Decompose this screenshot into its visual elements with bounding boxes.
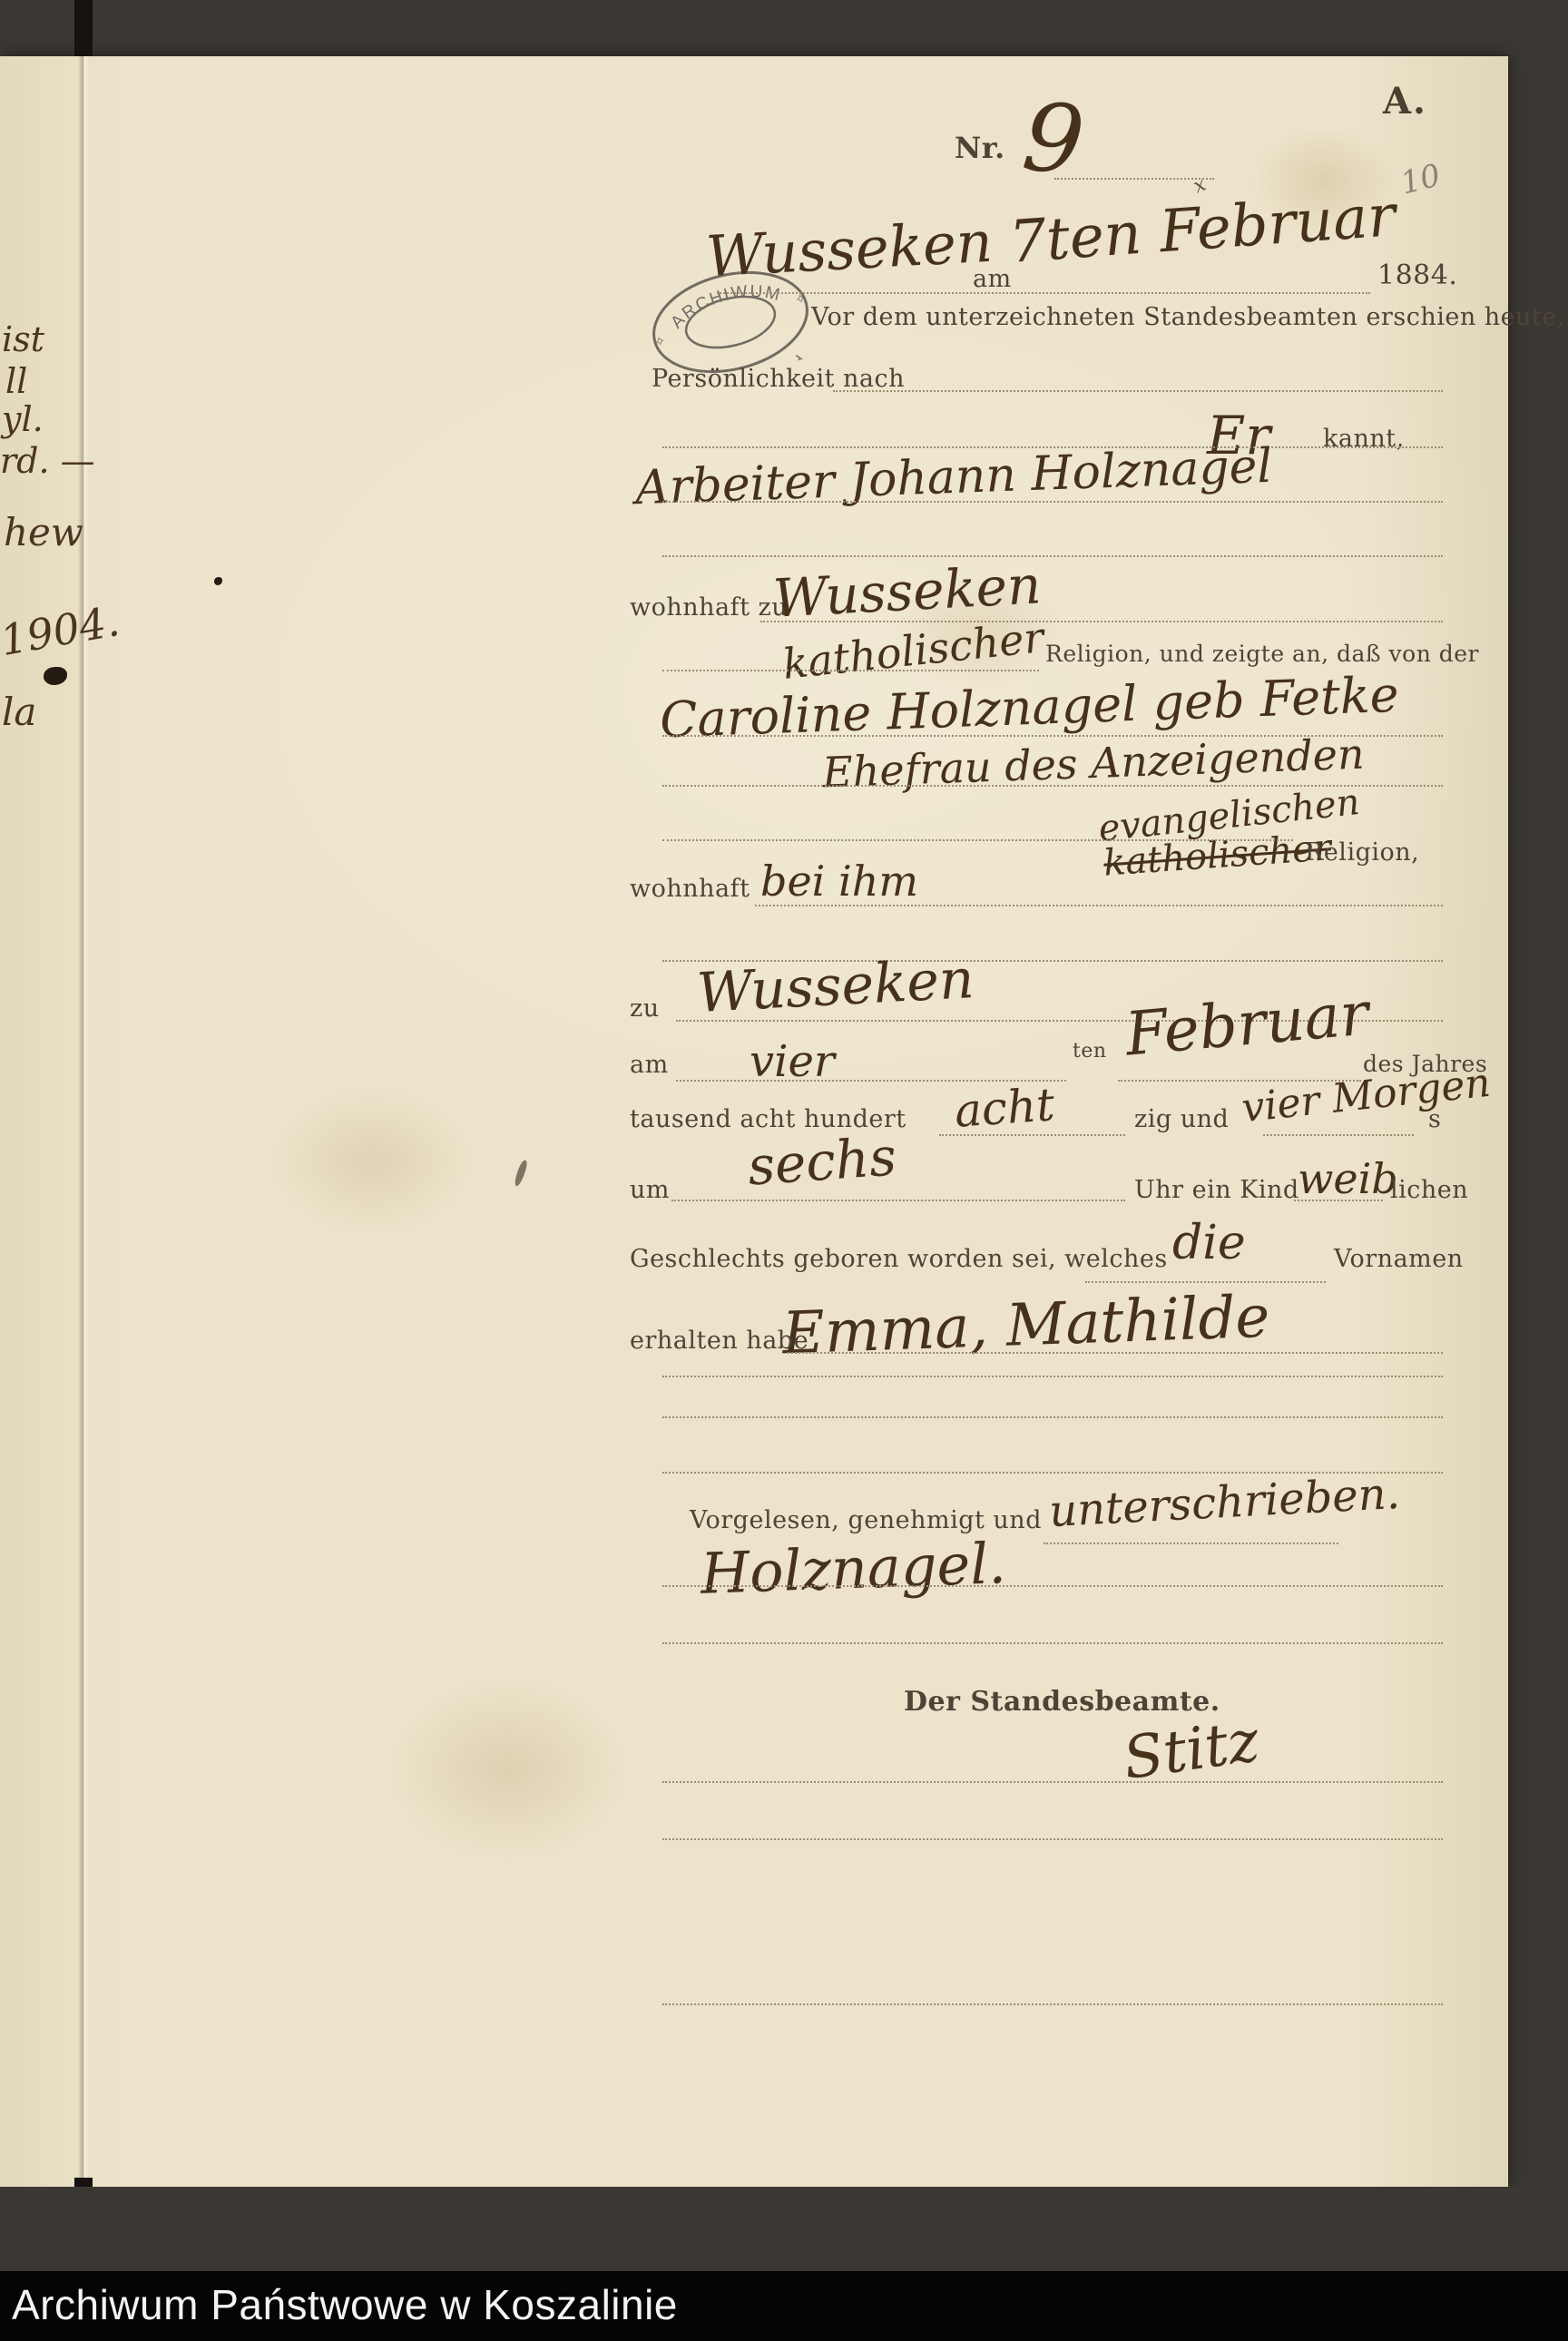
dotted-line bbox=[939, 1134, 1125, 1136]
dotted-line bbox=[662, 839, 1293, 841]
wohnhaft-label: wohnhaft bbox=[630, 875, 750, 903]
dotted-line bbox=[833, 390, 1443, 392]
form-line1: Vor dem unterzeichneten Standesbeamten e… bbox=[811, 303, 1568, 331]
erhalten-print: erhalten habe bbox=[630, 1327, 808, 1355]
margin-fragment: rd. — bbox=[0, 441, 95, 481]
dotted-line bbox=[1263, 1134, 1414, 1136]
geschlechts-print: Geschlechts geboren worden sei, welches bbox=[630, 1245, 1168, 1273]
am-label2: am bbox=[630, 1051, 669, 1079]
dotted-line bbox=[717, 292, 1370, 294]
dotted-line bbox=[760, 621, 1443, 622]
binding-crease bbox=[78, 56, 89, 2187]
dotted-line bbox=[662, 2003, 1443, 2005]
dotted-line bbox=[662, 555, 1443, 557]
gender-hand: weib bbox=[1298, 1154, 1398, 1203]
dotted-line bbox=[1054, 178, 1214, 180]
dotted-line bbox=[662, 1416, 1443, 1418]
lichen-print: lichen bbox=[1390, 1176, 1468, 1204]
um-label: um bbox=[630, 1176, 670, 1204]
dotted-line bbox=[1294, 1200, 1383, 1201]
declarant-signature: Holznagel. bbox=[700, 1530, 1007, 1607]
dotted-line bbox=[788, 1352, 1443, 1354]
dotted-line bbox=[662, 1376, 1443, 1377]
margin-fragment: la bbox=[2, 690, 36, 734]
wohnhaft-hand: bei ihm bbox=[760, 857, 918, 906]
corner-letter: A. bbox=[1383, 80, 1427, 122]
religion2-print: Religion, bbox=[1305, 838, 1419, 867]
year: 1884. bbox=[1377, 260, 1457, 291]
decade-hand: acht bbox=[953, 1078, 1056, 1138]
document-scan: ist ll yl. rd. — hew 1904. la A. 10 x AR… bbox=[0, 0, 1568, 2341]
s-print: s bbox=[1428, 1105, 1441, 1133]
margin-fragment: yl. bbox=[2, 399, 44, 439]
dotted-line bbox=[755, 905, 1443, 906]
binding-gap-top bbox=[74, 0, 93, 56]
archive-caption-text: Archiwum Państwowe w Koszalinie bbox=[12, 2280, 678, 2329]
den-hand: die bbox=[1172, 1216, 1246, 1270]
dotted-line bbox=[662, 1642, 1443, 1644]
kannt-print: kannt, bbox=[1323, 425, 1405, 453]
dotted-line bbox=[662, 501, 1443, 503]
wohnhaft-zu-label: wohnhaft zu bbox=[630, 593, 788, 622]
dotted-line bbox=[662, 1781, 1443, 1783]
dotted-line bbox=[1044, 1543, 1338, 1544]
dotted-line bbox=[662, 670, 1039, 671]
uhr-kind-print: Uhr ein Kind bbox=[1134, 1176, 1299, 1204]
dotted-line bbox=[1085, 1281, 1326, 1283]
zu-label: zu bbox=[630, 994, 660, 1023]
dotted-line bbox=[671, 1200, 1125, 1201]
archive-caption-bar: Archiwum Państwowe w Koszalinie bbox=[0, 2271, 1568, 2341]
standesbeamte-print: Der Standesbeamte. bbox=[904, 1686, 1220, 1718]
persoenlichkeit-label: Persönlichkeit nach bbox=[652, 365, 905, 393]
hour-hand: sechs bbox=[746, 1125, 898, 1197]
dotted-line bbox=[662, 1838, 1443, 1840]
am-label: am bbox=[973, 265, 1012, 293]
nr-label: Nr. bbox=[955, 131, 1005, 165]
margin-fragment: ist bbox=[2, 319, 44, 359]
zig-und-print: zig und bbox=[1134, 1105, 1229, 1133]
vornamen-print: Vornamen bbox=[1334, 1245, 1464, 1273]
religion1-print: Religion, und zeigte an, daß von der bbox=[1045, 641, 1479, 667]
margin-fragment: ll bbox=[5, 361, 27, 401]
dotted-line bbox=[662, 1585, 1443, 1587]
ten-print: ten bbox=[1073, 1040, 1107, 1063]
margin-fragment: hew bbox=[4, 510, 83, 554]
stamp-star-left-icon: ✧ bbox=[652, 332, 668, 351]
